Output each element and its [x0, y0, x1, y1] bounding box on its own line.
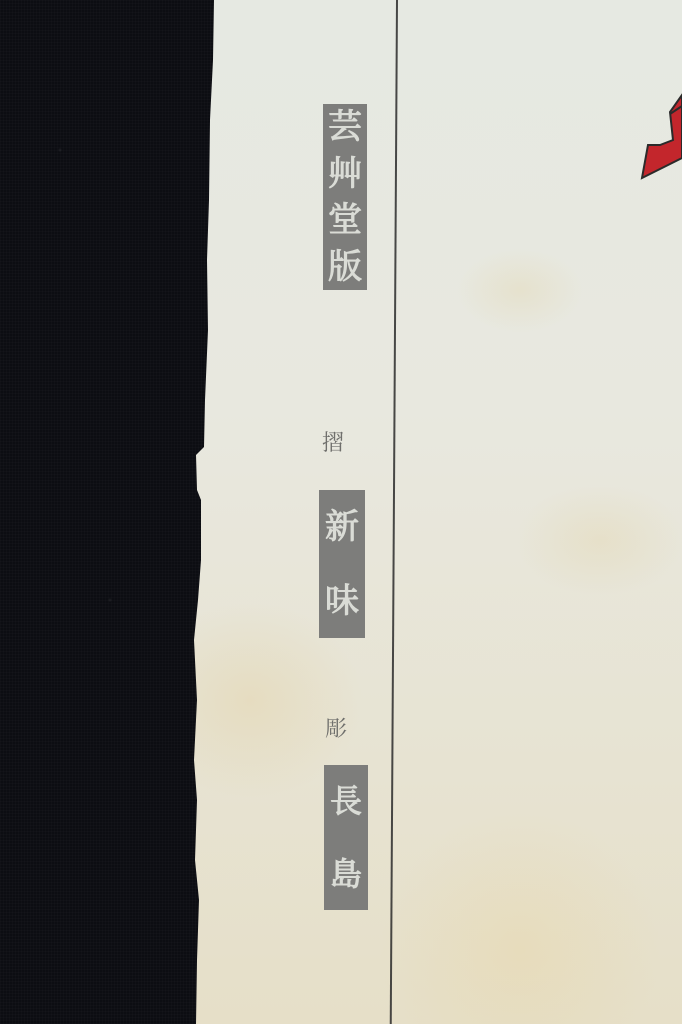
carver-role-mark: 彫	[325, 712, 347, 743]
seal-char: 堂	[328, 203, 362, 237]
carver-seal: 長 島	[324, 765, 368, 910]
printer-seal: 新 味	[319, 490, 365, 638]
seal-char: 艸	[328, 157, 362, 191]
red-motif-fragment	[640, 90, 682, 185]
seal-char: 版	[328, 250, 362, 284]
publisher-seal: 芸 艸 堂 版	[323, 104, 367, 290]
seal-char: 芸	[328, 110, 362, 144]
seal-char: 長	[330, 785, 362, 817]
printer-role-mark: 摺	[322, 426, 344, 457]
seal-char: 島	[330, 858, 362, 890]
seal-char: 新	[325, 510, 359, 544]
print-border-line	[390, 0, 398, 1024]
seal-char: 味	[325, 584, 359, 618]
